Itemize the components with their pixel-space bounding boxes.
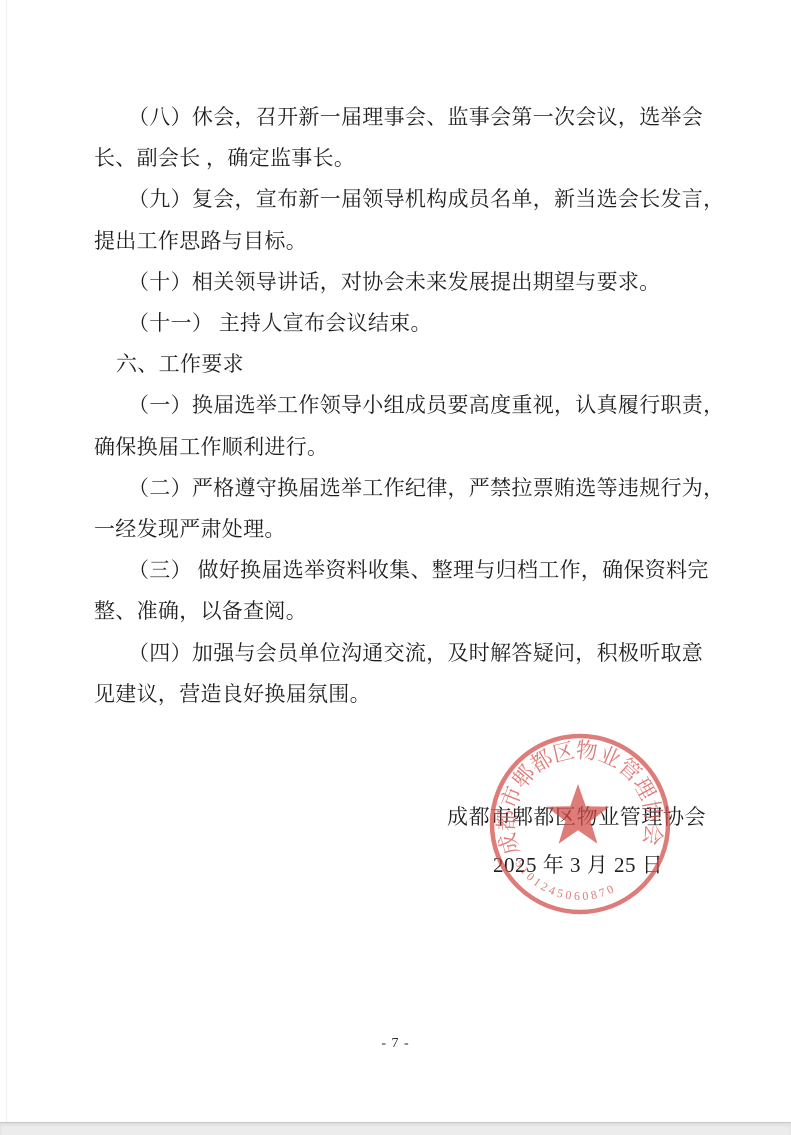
text-line: 见建议，营造良好换届氛围。 [94,674,700,715]
text-line: 确保换届工作顺利进行。 [94,427,700,468]
text-line: 整、准确，以备查阅。 [94,591,700,632]
viewer-bottom-bar [0,1122,791,1135]
page-number: - 7 - [0,1036,791,1052]
signature-date: 2025 年 3 月 25 日 [493,855,663,876]
page-left-edge [6,0,7,1122]
text-line: （九）复会，宣布新一届领导机构成员名单，新当选会长发言， [94,179,700,220]
text-line: （十一） 主持人宣布会议结束。 [94,303,700,344]
text-line: （一）换届选举工作领导小组成员要高度重视，认真履行职责， [94,385,700,426]
signature-org-name: 成都市郫都区物业管理协会 [447,807,706,828]
text-line: 提出工作思路与目标。 [94,221,700,262]
document-page: （八）休会，召开新一届理事会、监事会第一次会议，选举会长、副会长 ，确定监事长。… [0,0,791,1135]
text-line: （四）加强与会员单位沟通交流，及时解答疑问，积极听取意 [94,633,700,674]
document-body: （八）休会，召开新一届理事会、监事会第一次会议，选举会长、副会长 ，确定监事长。… [94,97,700,715]
text-line: （三） 做好换届选举资料收集、整理与归档工作，确保资料完 [94,550,700,591]
svg-text:成都市郫都区物业管理协会: 成都市郫都区物业管理协会 [494,737,667,857]
paper-sheet: （八）休会，召开新一届理事会、监事会第一次会议，选举会长、副会长 ，确定监事长。… [0,0,791,1122]
seal-ring-text: 成都市郫都区物业管理协会 [494,737,667,857]
text-line: （二）严格遵守换届选举工作纪律，严禁拉票贿选等违规行为， [94,468,700,509]
text-line: （八）休会，召开新一届理事会、监事会第一次会议，选举会 [94,97,700,138]
text-line: 一经发现严肃处理。 [94,509,700,550]
text-line: 六、工作要求 [94,344,700,385]
text-line: （十）相关领导讲话，对协会未来发展提出期望与要求。 [94,262,700,303]
text-line: 长、副会长 ，确定监事长。 [94,138,700,179]
